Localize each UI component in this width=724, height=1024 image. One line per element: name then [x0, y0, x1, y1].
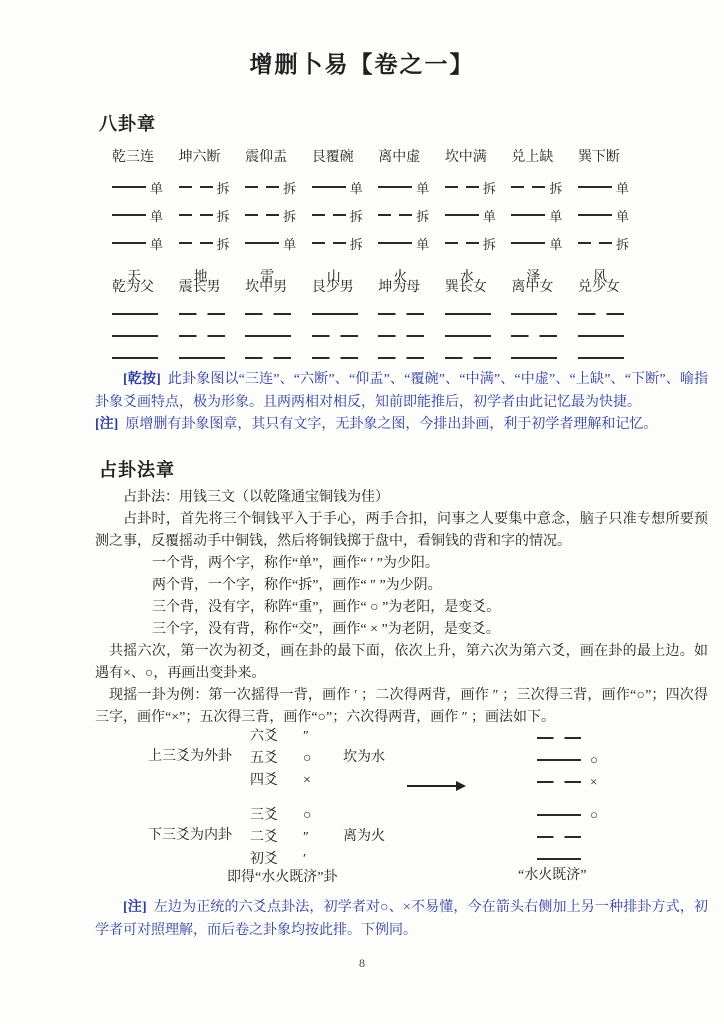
- trigram-column: 巽长女: [445, 276, 507, 369]
- trigram-title: 兑上缺: [511, 146, 573, 166]
- line-bar: [179, 186, 213, 188]
- trigram-title: 兑少女: [578, 276, 640, 296]
- paragraph-shaoyang: 一个背，两个字，称作“单”，画作“ ′ ”为少阳。: [95, 553, 708, 575]
- outer-trigram-label: 上三爻为外卦: [148, 745, 232, 765]
- trigram-title: 坤六断: [179, 146, 241, 166]
- line-type-label: 拆: [283, 206, 296, 225]
- yao-4-label: 四爻: [250, 770, 278, 792]
- yao-6-mark: ″: [303, 726, 309, 748]
- trigram-column: 震仰盂拆拆单雷: [245, 146, 307, 286]
- trigram-title: 坤为母: [378, 276, 440, 296]
- line-bar: [378, 313, 424, 315]
- yang-line: [112, 325, 174, 347]
- annotation-qianan: [乾按]此卦象图以“三连”、“六断”、“仰盂”、“覆碗”、“中满”、“中虚”、“…: [95, 369, 708, 437]
- line-bar: [578, 335, 624, 337]
- line-bar: [378, 242, 412, 244]
- line-bar: [179, 242, 213, 244]
- yin-line: [445, 347, 507, 369]
- line-type-label: 单: [350, 178, 363, 197]
- line-bar: [378, 186, 412, 188]
- yin-line: 拆: [179, 201, 241, 229]
- trigram-title: 乾三连: [112, 146, 174, 166]
- yin-line: 拆: [445, 229, 507, 257]
- hexagram-diagram: ○×○: [537, 727, 604, 870]
- yang-line: [445, 303, 507, 325]
- yang-line: 单: [112, 229, 174, 257]
- yao-3-label: 三爻: [250, 805, 278, 827]
- changing-line-mark: ○: [590, 807, 604, 823]
- line-bar: [445, 186, 479, 188]
- yao-2-label: 二爻: [250, 827, 278, 849]
- line-bar: [511, 214, 545, 216]
- line-bar: [179, 214, 213, 216]
- trigram-title: 离中虚: [378, 146, 440, 166]
- yin-line: 拆: [578, 229, 640, 257]
- line-type-label: 拆: [483, 234, 496, 253]
- trigram-title: 巽下断: [578, 146, 640, 166]
- line-type-label: 拆: [416, 206, 429, 225]
- line-bar: [537, 759, 581, 761]
- line-bar: [537, 836, 581, 838]
- yang-line: 单: [112, 173, 174, 201]
- section-heading-zhangua: 占卦法章: [99, 456, 175, 482]
- yang-line: [245, 325, 307, 347]
- line-type-label: 单: [549, 206, 562, 225]
- yang-line: [445, 325, 507, 347]
- line-type-label: 拆: [217, 178, 230, 197]
- yin-line: [312, 325, 374, 347]
- line-bar: [312, 242, 346, 244]
- line-type-label: 拆: [616, 234, 629, 253]
- yin-line: [511, 325, 573, 347]
- line-bar: [511, 357, 557, 359]
- yin-line: [312, 347, 374, 369]
- line-bar: [445, 313, 491, 315]
- paragraph-procedure: 占卦时，首先将三个铜钱平入于手心，两手合扣，问事之人要集中意念，脑子只准专想所要…: [95, 509, 708, 553]
- yin-line: 拆: [245, 173, 307, 201]
- trigram-title: 艮少男: [312, 276, 374, 296]
- annotation-zhu2: [注]左边为正统的六爻点卦法，初学者对○、×不易懂，今在箭头右侧加上另一种排卦方…: [95, 897, 708, 942]
- trigram-column: 坤为母: [378, 276, 440, 369]
- yang-line: [112, 347, 174, 369]
- line-type-label: 拆: [283, 178, 296, 197]
- line-bar: [537, 814, 581, 816]
- result-hexagram-caption: 即得“水火既济”卦: [227, 866, 337, 886]
- line-type-label: 单: [150, 178, 163, 197]
- trigram-column: 巽下断单单拆风: [578, 146, 640, 286]
- line-type-label: 单: [483, 206, 496, 225]
- trigram-title: 艮覆碗: [312, 146, 374, 166]
- yao-5-mark: ○: [303, 748, 311, 770]
- line-bar: [179, 313, 225, 315]
- line-bar: [445, 214, 479, 216]
- line-type-label: 单: [283, 234, 296, 253]
- yin-line: [179, 303, 241, 325]
- yao-3-mark: ○: [303, 805, 311, 827]
- trigram-column: 离中女: [511, 276, 573, 369]
- line-bar: [112, 357, 158, 359]
- line-bar: [578, 242, 612, 244]
- trigram-column: 乾为父: [112, 276, 174, 369]
- line-type-label: 拆: [549, 178, 562, 197]
- paragraph-laoyin: 三个字，没有背，称作“交”，画作“ × ”为老阴，是变爻。: [95, 619, 708, 641]
- line-bar: [378, 214, 412, 216]
- yang-line: [511, 347, 573, 369]
- outer-trigram-name: 坎为水: [343, 746, 385, 766]
- line-bar: [378, 357, 424, 359]
- yin-line: 拆: [312, 201, 374, 229]
- inner-trigram-name: 离为火: [343, 825, 385, 845]
- line-type-label: 单: [150, 234, 163, 253]
- line-bar: [445, 335, 491, 337]
- trigram-column: 兑上缺拆单单泽: [511, 146, 573, 286]
- annotation-text-zhu2: 左边为正统的六爻点卦法，初学者对○、×不易懂，今在箭头右侧加上另一种排卦方式，初…: [95, 900, 708, 938]
- hex-yang-line: ○: [537, 804, 604, 826]
- line-type-label: 拆: [217, 206, 230, 225]
- line-bar: [578, 357, 624, 359]
- line-bar: [312, 313, 358, 315]
- annotation-text-qianan: 此卦象图以“三连”、“六断”、“仰盂”、“覆碗”、“中满”、“中虚”、“上缺”、…: [95, 372, 708, 410]
- line-type-label: 单: [616, 206, 629, 225]
- changing-line-mark: ×: [590, 774, 604, 790]
- yang-line: 单: [312, 173, 374, 201]
- line-bar: [245, 313, 291, 315]
- line-bar: [245, 186, 279, 188]
- line-bar: [511, 186, 545, 188]
- yang-line: 单: [378, 229, 440, 257]
- yao-6-label: 六爻: [250, 726, 278, 748]
- line-bar: [112, 214, 146, 216]
- changing-line-mark: ○: [590, 752, 604, 768]
- trigram-title: 离中女: [511, 276, 573, 296]
- yang-line: 单: [511, 201, 573, 229]
- trigram-column: 坎中男: [245, 276, 307, 369]
- line-type-label: 单: [616, 178, 629, 197]
- right-arrow-icon: [407, 785, 457, 787]
- line-bar: [537, 781, 581, 783]
- annotation-label-zhu1: [注]: [95, 417, 118, 432]
- paragraph-example: 现摇一卦为例：第一次摇得一背，画作 ′ ；二次得两背，画作 ″ ；三次得三背，画…: [95, 685, 708, 729]
- yang-line: 单: [245, 229, 307, 257]
- trigram-title: 坎中男: [245, 276, 307, 296]
- line-type-label: 单: [416, 178, 429, 197]
- line-bar: [312, 186, 346, 188]
- hex-yin-line: [537, 826, 604, 848]
- trigram-column: 兑少女: [578, 276, 640, 369]
- paragraph-method: 占卦法：用钱三文（以乾隆通宝铜钱为佳）: [95, 487, 708, 509]
- yang-line: 单: [378, 173, 440, 201]
- family-trigram-table: 乾为父震长男坎中男艮少男坤为母巽长女离中女兑少女: [112, 276, 640, 369]
- line-bar: [378, 335, 424, 337]
- trigram-column: 坤六断拆拆拆地: [179, 146, 241, 286]
- line-bar: [112, 313, 158, 315]
- yin-line: [378, 325, 440, 347]
- yao-4-mark: ×: [303, 770, 311, 792]
- paragraph-six-shakes: 共摇六次，第一次为初爻，画在卦的最下面，依次上升，第六次为第六爻，画在卦的最上边…: [95, 641, 708, 685]
- yao-2-mark: ″: [303, 827, 309, 849]
- yin-line: 拆: [378, 201, 440, 229]
- yang-line: [511, 303, 573, 325]
- yin-line: 拆: [445, 173, 507, 201]
- line-type-label: 拆: [350, 206, 363, 225]
- paragraph-shaoyin: 两个背，一个字，称作“拆”，画作“ ″ ”为少阴。: [95, 575, 708, 597]
- annotation-label-qianan: [乾按]: [123, 372, 161, 387]
- line-type-label: 拆: [350, 234, 363, 253]
- line-bar: [445, 357, 491, 359]
- trigram-title: 巽长女: [445, 276, 507, 296]
- yang-line: 单: [578, 173, 640, 201]
- yin-line: 拆: [179, 173, 241, 201]
- trigram-column: 离中虚单拆单火: [378, 146, 440, 286]
- line-bar: [578, 186, 612, 188]
- yang-line: 单: [578, 201, 640, 229]
- section-heading-bagua: 八卦章: [99, 110, 156, 136]
- inner-trigram-label: 下三爻为内卦: [148, 824, 232, 844]
- hex-yin-line: [537, 727, 604, 749]
- page-title: 增删卜易【卷之一】: [0, 46, 724, 79]
- line-bar: [312, 214, 346, 216]
- annotation-label-zhu2: [注]: [123, 900, 147, 915]
- line-bar: [112, 335, 158, 337]
- line-bar: [112, 186, 146, 188]
- line-bar: [245, 335, 291, 337]
- line-bar: [511, 313, 557, 315]
- yin-line: [245, 303, 307, 325]
- hexagram-caption: “水火既济”: [518, 864, 586, 884]
- trigram-column: 艮少男: [312, 276, 374, 369]
- line-bar: [312, 335, 358, 337]
- trigram-column: 乾三连单单单天: [112, 146, 174, 286]
- divination-method-text: 占卦法：用钱三文（以乾隆通宝铜钱为佳） 占卦时，首先将三个铜钱平入于手心，两手合…: [95, 487, 708, 729]
- line-bar: [537, 737, 581, 739]
- yin-line: 拆: [511, 173, 573, 201]
- line-type-label: 单: [549, 234, 562, 253]
- yang-line: [112, 303, 174, 325]
- yin-line: [578, 303, 640, 325]
- trigram-title: 坎中满: [445, 146, 507, 166]
- line-bar: [245, 242, 279, 244]
- trigram-column: 震长男: [179, 276, 241, 369]
- paragraph-laoyang: 三个背，没有字，称阵“重”，画作“ ○ ”为老阳，是变爻。: [95, 597, 708, 619]
- yang-line: 单: [511, 229, 573, 257]
- yin-line: 拆: [245, 201, 307, 229]
- line-bar: [537, 858, 581, 860]
- document-page: 增删卜易【卷之一】 八卦章 乾三连单单单天坤六断拆拆拆地震仰盂拆拆单雷艮覆碗单拆…: [0, 0, 724, 1024]
- annotation-text-zhu1: 原增删有卦象图章，其只有文字，无卦象之图，今排出卦画，利于初学者理解和记忆。: [125, 417, 657, 432]
- yin-line: [378, 303, 440, 325]
- trigram-title: 震仰盂: [245, 146, 307, 166]
- yang-line: [578, 347, 640, 369]
- yin-line: 拆: [312, 229, 374, 257]
- line-bar: [312, 357, 358, 359]
- yang-line: 单: [112, 201, 174, 229]
- yang-line: [312, 303, 374, 325]
- bagua-trigram-table: 乾三连单单单天坤六断拆拆拆地震仰盂拆拆单雷艮覆碗单拆拆山离中虚单拆单火坎中满拆单…: [112, 146, 640, 286]
- line-bar: [179, 357, 225, 359]
- line-bar: [245, 214, 279, 216]
- yin-line: [179, 325, 241, 347]
- line-type-label: 拆: [483, 178, 496, 197]
- yin-line: [245, 347, 307, 369]
- yang-line: [578, 325, 640, 347]
- line-bar: [445, 242, 479, 244]
- yin-line: [378, 347, 440, 369]
- yin-line: 拆: [179, 229, 241, 257]
- yang-line: [179, 347, 241, 369]
- trigram-column: 坎中满拆单拆水: [445, 146, 507, 286]
- yao-5-label: 五爻: [250, 748, 278, 770]
- line-bar: [245, 357, 291, 359]
- trigram-title: 震长男: [179, 276, 241, 296]
- trigram-title: 乾为父: [112, 276, 174, 296]
- line-bar: [179, 335, 225, 337]
- line-bar: [578, 214, 612, 216]
- trigram-column: 艮覆碗单拆拆山: [312, 146, 374, 286]
- yang-line: 单: [445, 201, 507, 229]
- line-bar: [511, 242, 545, 244]
- line-type-label: 拆: [217, 234, 230, 253]
- line-bar: [511, 335, 557, 337]
- line-type-label: 单: [150, 206, 163, 225]
- line-bar: [112, 242, 146, 244]
- line-type-label: 单: [416, 234, 429, 253]
- line-bar: [578, 313, 624, 315]
- page-number: 8: [0, 956, 724, 971]
- hex-yin-line: ×: [537, 771, 604, 793]
- hex-yang-line: ○: [537, 749, 604, 771]
